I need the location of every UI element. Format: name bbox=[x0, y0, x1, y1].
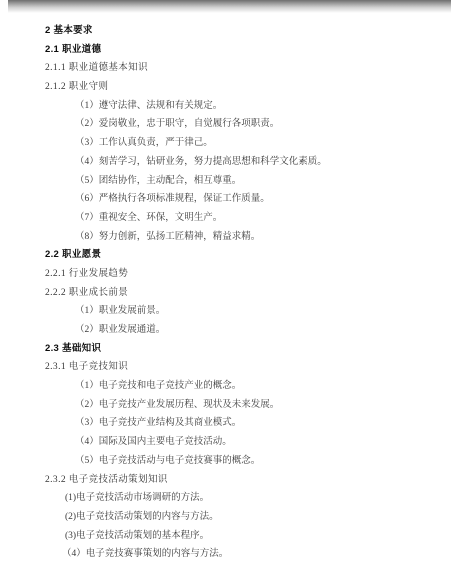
list-item: （5）团结协作，主动配合，相互尊重。 bbox=[45, 172, 451, 191]
list-item: （1）职业发展前景。 bbox=[45, 302, 451, 321]
section-heading-2-2: 2.2 职业愿景 bbox=[45, 246, 451, 265]
subsection-heading-2-2-2: 2.2.2 职业成长前景 bbox=[45, 284, 451, 303]
list-item: (1)电子竞技活动市场调研的方法。 bbox=[45, 489, 451, 508]
document-page: 2 基本要求 2.1 职业道德 2.1.1 职业道德基本知识 2.1.2 职业守… bbox=[0, 0, 451, 568]
list-item: （3）工作认真负责，严于律己。 bbox=[45, 134, 451, 153]
list-item: （5）电子竞技活动与电子竞技赛事的概念。 bbox=[45, 452, 451, 471]
list-item: （4）国际及国内主要电子竞技活动。 bbox=[45, 433, 451, 452]
list-item: （1）电子竞技和电子竞技产业的概念。 bbox=[45, 377, 451, 396]
section-heading-2-3: 2.3 基础知识 bbox=[45, 340, 451, 359]
list-item: （4）刻苦学习，钻研业务，努力提高思想和科学文化素质。 bbox=[45, 153, 451, 172]
list-item: （7）重视安全、环保，文明生产。 bbox=[45, 209, 451, 228]
document-content: 2 基本要求 2.1 职业道德 2.1.1 职业道德基本知识 2.1.2 职业守… bbox=[45, 22, 451, 564]
list-item: （8）努力创新，弘扬工匠精神，精益求精。 bbox=[45, 228, 451, 247]
list-item: （2）职业发展通道。 bbox=[45, 321, 451, 340]
list-item: （1）遵守法律、法规和有关规定。 bbox=[45, 97, 451, 116]
subsection-heading-2-1-2: 2.1.2 职业守则 bbox=[45, 78, 451, 97]
section-heading-2-1: 2.1 职业道德 bbox=[45, 41, 451, 60]
subsection-heading-2-3-1: 2.3.1 电子竞技知识 bbox=[45, 358, 451, 377]
list-item: （2）电子竞技产业发展历程、现状及未来发展。 bbox=[45, 396, 451, 415]
subsection-heading-2-1-1: 2.1.1 职业道德基本知识 bbox=[45, 59, 451, 78]
list-item: （3）电子竞技产业结构及其商业模式。 bbox=[45, 414, 451, 433]
list-item: （2）爱岗敬业，忠于职守，自觉履行各项职责。 bbox=[45, 115, 451, 134]
list-item: （4）电子竞技赛事策划的内容与方法。 bbox=[45, 545, 451, 564]
subsection-heading-2-2-1: 2.2.1 行业发展趋势 bbox=[45, 265, 451, 284]
list-item: (2)电子竞技活动策划的内容与方法。 bbox=[45, 508, 451, 527]
list-item: （6）严格执行各项标准规程，保证工作质量。 bbox=[45, 190, 451, 209]
page-top-edge-shadow bbox=[8, 0, 451, 13]
chapter-heading: 2 基本要求 bbox=[45, 22, 451, 41]
list-item: (3)电子竞技活动策划的基本程序。 bbox=[45, 527, 451, 546]
subsection-heading-2-3-2: 2.3.2 电子竞技活动策划知识 bbox=[45, 471, 451, 490]
